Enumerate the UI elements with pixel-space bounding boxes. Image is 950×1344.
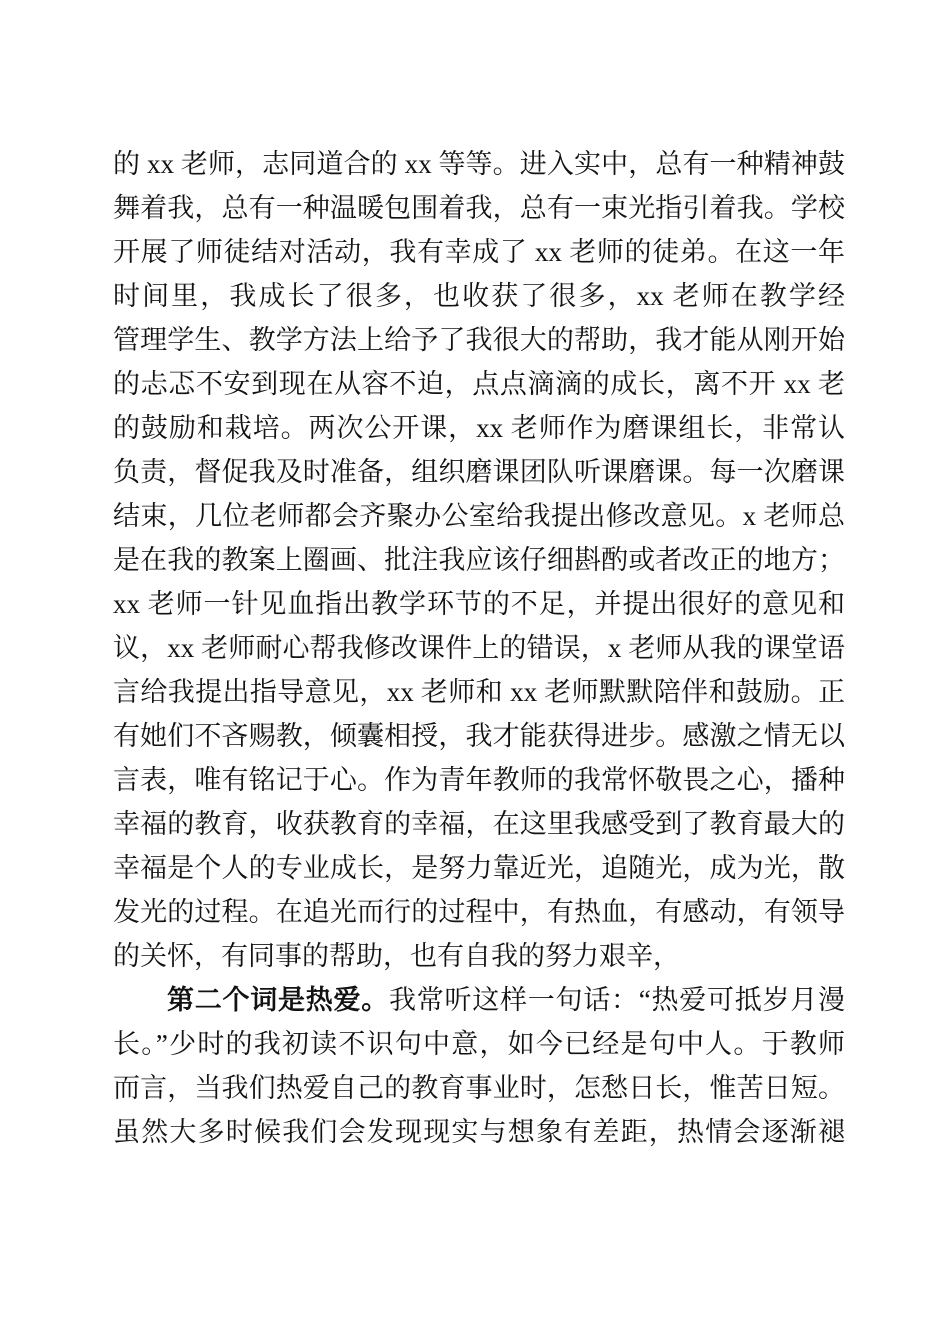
text-run: 结束，几位老师都会齐聚办公室给我提出修改意见。x 老师总: [113, 501, 845, 531]
text-run: 时间里，我成长了很多，也收获了很多，xx 老师在教学经验，: [113, 281, 845, 318]
text-line: 而言，当我们热爱自己的教育事业时，怎愁日长，惟苦日短。: [113, 1066, 845, 1110]
text-line: 的忐忑不安到现在从容不迫，点点滴滴的成长，离不开 xx 老师: [113, 362, 845, 406]
text-line: 时间里，我成长了很多，也收获了很多，xx 老师在教学经验，: [113, 274, 845, 318]
text-line: 是在我的教案上圈画、批注我应该仔细斟酌或者改正的地方；: [113, 538, 845, 582]
text-run: 议，xx 老师耐心帮我修改课件上的错误，x 老师从我的课堂语: [113, 633, 845, 663]
text-run: 言给我提出指导意见，xx 老师和 xx 老师默默陪伴和鼓励。正是: [113, 677, 845, 714]
text-run: 管理学生、教学方法上给予了我很大的帮助，我才能从刚开始: [113, 325, 845, 355]
text-run: 有她们不吝赐教，倾囊相授，我才能获得进步。感激之情无以: [113, 721, 845, 751]
text-run: 的忐忑不安到现在从容不迫，点点滴滴的成长，离不开 xx 老师: [113, 369, 845, 406]
text-line: 的 xx 老师，志同道合的 xx 等等。进入实中，总有一种精神鼓: [113, 142, 845, 186]
text-line: xx 老师一针见血指出教学环节的不足，并提出很好的意见和建: [113, 582, 845, 626]
text-line: 长。”少时的我初读不识句中意，如今已经是句中人。于教师: [113, 1022, 845, 1066]
text-line: 议，xx 老师耐心帮我修改课件上的错误，x 老师从我的课堂语: [113, 626, 845, 670]
text-run: 而言，当我们热爱自己的教育事业时，怎愁日长，惟苦日短。: [113, 1073, 845, 1103]
paragraph: 第二个词是热爱。我常听这样一句话：“热爱可抵岁月漫长。”少时的我初读不识句中意，…: [113, 978, 845, 1154]
text-line: 的鼓励和栽培。两次公开课，xx 老师作为磨课组长，非常认真: [113, 406, 845, 450]
text-run: 的关怀，有同事的帮助，也有自我的努力艰辛，: [113, 941, 680, 971]
text-run: 的鼓励和栽培。两次公开课，xx 老师作为磨课组长，非常认真: [113, 413, 845, 450]
text-run: 我常听这样一句话：“热爱可抵岁月漫: [389, 985, 845, 1015]
text-line: 言表，唯有铭记于心。作为青年教师的我常怀敬畏之心，播种: [113, 758, 845, 802]
text-run: 虽然大多时候我们会发现现实与想象有差距，热情会逐渐褪去，: [113, 1117, 845, 1154]
text-line: 幸福是个人的专业成长，是努力靠近光，追随光，成为光，散: [113, 846, 845, 890]
text-line: 负责，督促我及时准备，组织磨课团队听课磨课。每一次磨课: [113, 450, 845, 494]
text-run: 负责，督促我及时准备，组织磨课团队听课磨课。每一次磨课: [113, 457, 845, 487]
text-run: 开展了师徒结对活动，我有幸成了 xx 老师的徒弟。在这一年的: [113, 237, 845, 274]
text-run: 幸福是个人的专业成长，是努力靠近光，追随光，成为光，散: [113, 853, 845, 883]
text-run: 是在我的教案上圈画、批注我应该仔细斟酌或者改正的地方；: [113, 545, 845, 575]
text-line: 言给我提出指导意见，xx 老师和 xx 老师默默陪伴和鼓励。正是: [113, 670, 845, 714]
text-run: xx 老师一针见血指出教学环节的不足，并提出很好的意见和建: [113, 589, 845, 626]
text-line: 发光的过程。在追光而行的过程中，有热血，有感动，有领导: [113, 890, 845, 934]
text-run: 的 xx 老师，志同道合的 xx 等等。进入实中，总有一种精神鼓: [113, 149, 845, 179]
text-line: 结束，几位老师都会齐聚办公室给我提出修改意见。x 老师总: [113, 494, 845, 538]
document-body: 的 xx 老师，志同道合的 xx 等等。进入实中，总有一种精神鼓舞着我，总有一种…: [113, 142, 845, 1154]
text-run: 长。”少时的我初读不识句中意，如今已经是句中人。于教师: [113, 1029, 845, 1059]
text-line: 管理学生、教学方法上给予了我很大的帮助，我才能从刚开始: [113, 318, 845, 362]
paragraph: 的 xx 老师，志同道合的 xx 等等。进入实中，总有一种精神鼓舞着我，总有一种…: [113, 142, 845, 978]
text-run: 舞着我，总有一种温暖包围着我，总有一束光指引着我。学校: [113, 193, 845, 223]
bold-text-run: 第二个词是热爱。: [167, 985, 389, 1015]
text-run: 言表，唯有铭记于心。作为青年教师的我常怀敬畏之心，播种: [113, 765, 845, 795]
document-page: 的 xx 老师，志同道合的 xx 等等。进入实中，总有一种精神鼓舞着我，总有一种…: [0, 0, 950, 1344]
text-run: 发光的过程。在追光而行的过程中，有热血，有感动，有领导: [113, 897, 845, 927]
text-run: 幸福的教育，收获教育的幸福，在这里我感受到了教育最大的: [113, 809, 845, 839]
text-line: 开展了师徒结对活动，我有幸成了 xx 老师的徒弟。在这一年的: [113, 230, 845, 274]
text-line: 有她们不吝赐教，倾囊相授，我才能获得进步。感激之情无以: [113, 714, 845, 758]
text-line: 虽然大多时候我们会发现现实与想象有差距，热情会逐渐褪去，: [113, 1110, 845, 1154]
text-line: 舞着我，总有一种温暖包围着我，总有一束光指引着我。学校: [113, 186, 845, 230]
text-line: 的关怀，有同事的帮助，也有自我的努力艰辛，: [113, 934, 845, 978]
text-line: 第二个词是热爱。我常听这样一句话：“热爱可抵岁月漫: [113, 978, 845, 1022]
text-line: 幸福的教育，收获教育的幸福，在这里我感受到了教育最大的: [113, 802, 845, 846]
